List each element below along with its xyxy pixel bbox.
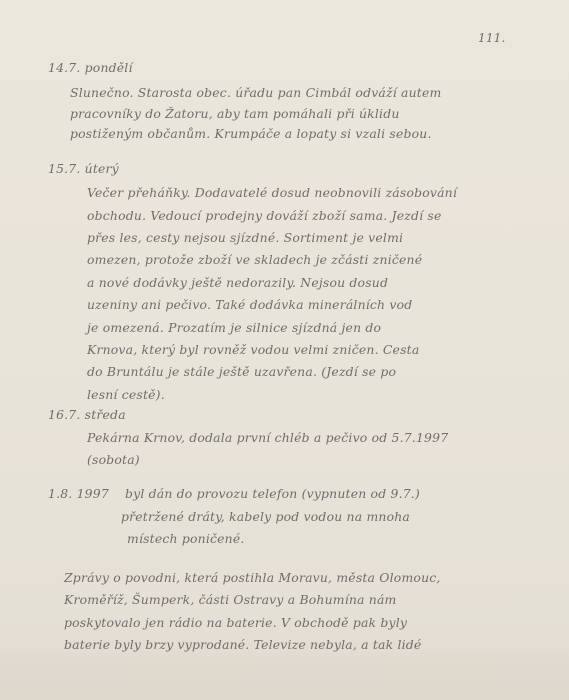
entry-line: Večer přeháňky. Dodavatelé dosud neobnov… xyxy=(87,187,457,199)
entry-line: Kroměříž, Šumperk, části Ostravy a Bohum… xyxy=(64,594,397,606)
entry-line: lesní cestě). xyxy=(87,389,165,401)
entry-line: Zprávy o povodni, která postihla Moravu,… xyxy=(64,572,441,584)
entry-date: 1.8. 1997 xyxy=(48,488,109,500)
entry-line: Pekárna Krnov, dodala první chléb a peči… xyxy=(87,432,448,444)
entry-line: a nové dodávky ještě nedorazily. Nejsou … xyxy=(87,277,388,289)
entry-line: uzeniny ani pečivo. Také dodávka minerál… xyxy=(87,299,412,311)
entry-line: (sobota) xyxy=(87,454,140,466)
entry-line: místech poničené. xyxy=(127,533,245,545)
entry-line: postiženým občanům. Krumpáče a lopaty si… xyxy=(70,128,432,140)
entry-date: 15.7. úterý xyxy=(48,163,119,175)
entry-line: pracovníky do Žatoru, aby tam pomáhali p… xyxy=(70,108,400,120)
entry-line: poskytovalo jen rádio na baterie. V obch… xyxy=(64,617,407,629)
entry-line: obchodu. Vedoucí prodejny dováží zboží s… xyxy=(87,210,442,222)
entry-date: 16.7. středa xyxy=(48,409,126,421)
entry-line: byl dán do provozu telefon (vypnuten od … xyxy=(125,488,420,500)
entry-line: Krnova, který byl rovněž vodou velmi zni… xyxy=(87,344,419,356)
entry-line: je omezená. Prozatím je silnice sjízdná … xyxy=(87,322,381,334)
manuscript-page: 111. 14.7. pondělí Slunečno. Starosta ob… xyxy=(0,0,569,700)
entry-line: přes les, cesty nejsou sjízdné. Sortimen… xyxy=(87,232,403,244)
entry-line: do Bruntálu je stále ještě uzavřena. (Je… xyxy=(87,366,396,378)
entry-date: 14.7. pondělí xyxy=(48,62,133,74)
page-number: 111. xyxy=(478,32,506,44)
entry-line: Slunečno. Starosta obec. úřadu pan Cimbá… xyxy=(70,87,441,99)
entry-line: přetržené dráty, kabely pod vodou na mno… xyxy=(121,511,410,523)
entry-line: baterie byly brzy vyprodané. Televize ne… xyxy=(64,639,421,651)
entry-line: omezen, protože zboží ve skladech je zčá… xyxy=(87,254,422,266)
